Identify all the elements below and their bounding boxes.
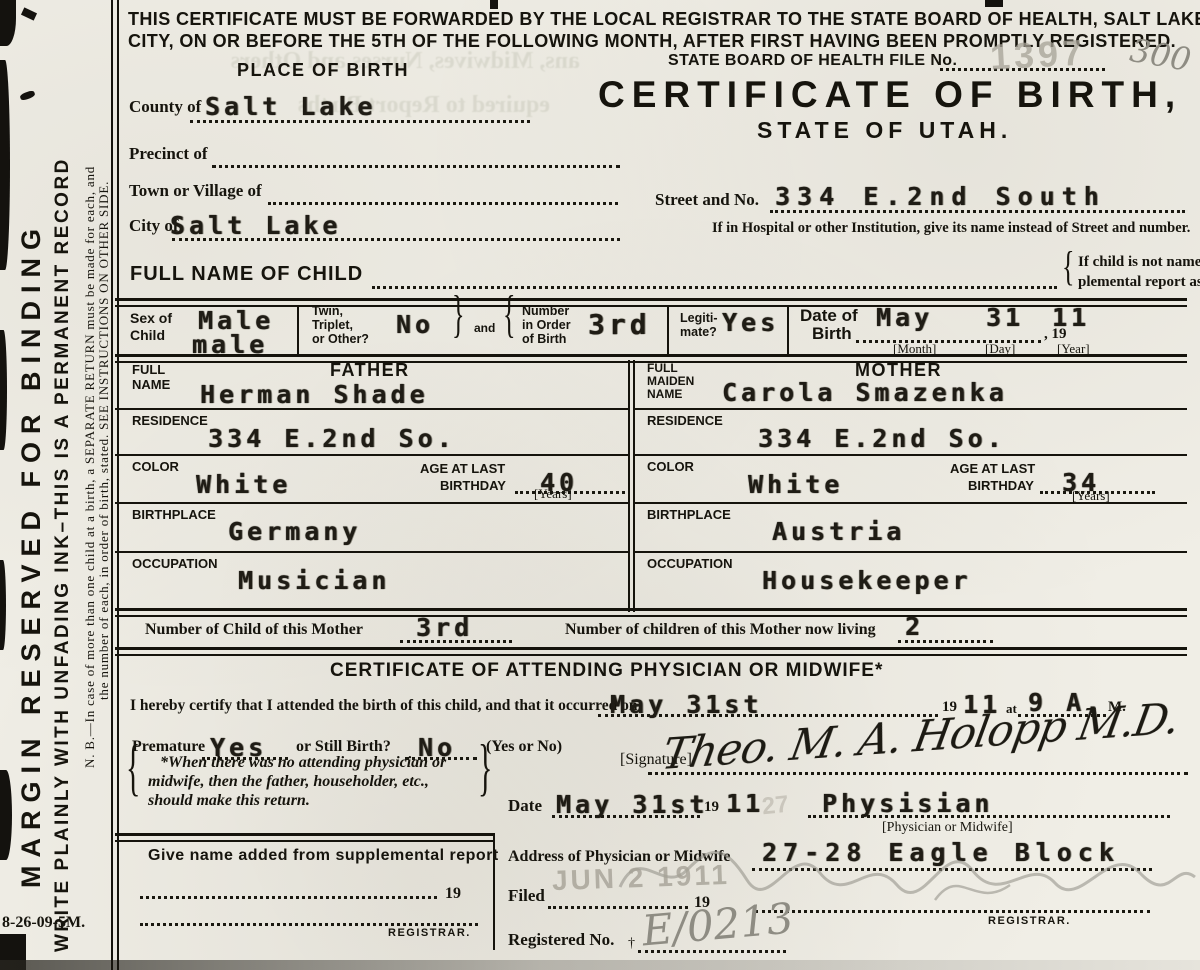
state-subtitle: STATE OF UTAH. <box>757 117 1012 144</box>
date-label: Date <box>508 796 542 816</box>
father-color-label: COLOR <box>132 459 179 474</box>
scan-bottom-shadow <box>0 960 1200 970</box>
sex-label-line1: Sex of <box>130 310 172 326</box>
row-rule <box>633 551 1187 553</box>
father-name-value: Herman Shade <box>200 380 429 409</box>
father-header: FATHER <box>330 360 410 381</box>
dob-year-value: 11 <box>1052 303 1090 332</box>
father-fullname-label2: NAME <box>132 377 170 392</box>
dob-month-value: May <box>876 303 933 332</box>
father-residence-label: RESIDENCE <box>132 413 208 428</box>
section-rule <box>115 608 1187 617</box>
county-value: Salt Lake <box>205 92 376 121</box>
supplemental-19: 19 <box>445 885 461 903</box>
certify-date-value: May 31st <box>610 690 762 719</box>
mother-name-value: Carola Smazenka <box>722 378 1008 407</box>
scan-edge-artifact <box>0 330 7 450</box>
certificate-title: CERTIFICATE OF BIRTH, <box>598 74 1182 116</box>
date-value: May 31st <box>556 790 708 819</box>
file-no-label: STATE BOARD OF HEALTH FILE No. <box>668 52 957 70</box>
order-label-line1: Number <box>522 304 569 318</box>
town-label: Town or Village of <box>129 181 262 201</box>
forwarding-notice-line1: THIS CERTIFICATE MUST BE FORWARDED BY TH… <box>128 9 1200 30</box>
hospital-note: If in Hospital or other Institution, giv… <box>712 220 1190 237</box>
legitimate-label-line1: Legiti- <box>680 311 718 325</box>
return-note-brace-right: } <box>478 733 492 804</box>
note-brace: { <box>1062 243 1074 291</box>
return-note-line3: should make this return. <box>148 792 310 810</box>
mother-birthplace-value: Austria <box>772 517 905 546</box>
unnamed-note-line2: plemental report as directed <box>1078 274 1200 291</box>
father-age-label1: AGE AT LAST <box>420 461 505 476</box>
town-line <box>268 202 618 205</box>
yes-or-no-note: (Yes or No) <box>486 738 562 756</box>
and-brace-left: } <box>452 285 464 345</box>
capacity-value: Physisian <box>822 789 993 818</box>
row-rule <box>115 454 628 456</box>
supplemental-box-top <box>115 833 493 842</box>
mother-residence-label: RESIDENCE <box>647 413 723 428</box>
registered-no-label: Registered No. <box>508 930 614 950</box>
physician-section-title: CERTIFICATE OF ATTENDING PHYSICIAN OR MI… <box>330 660 883 682</box>
mother-residence-value: 334 E.2nd So. <box>758 424 1006 453</box>
return-note-line1: *When there was no attending physician o… <box>160 754 446 772</box>
mother-color-label: COLOR <box>647 459 694 474</box>
registrar-line-right <box>755 910 1150 913</box>
row-rule <box>115 408 628 410</box>
scan-edge-artifact <box>0 560 6 650</box>
and-label: and <box>474 321 495 335</box>
precinct-label: Precinct of <box>129 144 208 164</box>
return-note-brace-left: { <box>126 733 140 804</box>
file-no-stamp: 1397 <box>989 32 1087 79</box>
scan-edge-artifact <box>0 770 12 860</box>
date-year-value: 11 <box>726 789 764 818</box>
child-number-label: Number of Child of this Mother <box>145 621 363 639</box>
order-label-line3: of Birth <box>522 332 566 346</box>
father-occupation-value: Musician <box>238 566 390 595</box>
dob-label-line1: Date of <box>800 306 858 326</box>
cell-divider <box>667 305 669 355</box>
supplemental-line <box>140 896 437 899</box>
row-rule <box>115 502 628 504</box>
father-occupation-label: OCCUPATION <box>132 556 217 571</box>
scan-edge-artifact <box>490 0 498 9</box>
year-bracket: [Year] <box>1057 341 1090 357</box>
father-residence-value: 334 E.2nd So. <box>208 424 456 453</box>
row-rule <box>633 502 1187 504</box>
child-name-line <box>372 286 1057 289</box>
ghost-stamp-27: 27 <box>761 791 790 822</box>
street-value: 334 E.2nd South <box>775 182 1106 211</box>
father-color-value: White <box>196 470 291 499</box>
order-label-line2: in Order <box>522 318 571 332</box>
father-years-bracket: [Years] <box>534 486 572 502</box>
registrar-line-left <box>140 923 478 926</box>
mother-occupation-value: Housekeeper <box>762 566 972 595</box>
day-bracket: [Day] <box>985 341 1015 357</box>
order-value: 3rd <box>588 308 651 341</box>
mother-occupation-label: OCCUPATION <box>647 556 732 571</box>
return-note-line2: midwife, then the father, householder, e… <box>148 773 429 791</box>
scan-edge-artifact <box>985 0 1003 7</box>
unnamed-note-line1: If child is not named, make sup- <box>1078 254 1200 271</box>
section-rule <box>115 647 1187 656</box>
row-rule <box>115 551 628 553</box>
legitimate-value: Yes <box>722 308 779 337</box>
mother-fullname-label1: FULL <box>647 361 678 375</box>
mother-age-label1: AGE AT LAST <box>950 461 1035 476</box>
dob-day-value: 31 <box>986 303 1024 332</box>
registrar-label-left: REGISTRAR. <box>388 927 471 939</box>
twin-value: No <box>396 310 434 339</box>
form-print-code: 8-26-09-5M. <box>2 914 85 932</box>
binding-rule <box>117 0 119 970</box>
living-children-label: Number of children of this Mother now li… <box>565 621 876 639</box>
section-rule <box>115 298 1187 307</box>
mother-fullname-label2: MAIDEN <box>647 374 694 388</box>
sex-value-retype: male <box>192 330 268 359</box>
registered-dagger: † <box>628 936 635 952</box>
legitimate-label-line2: mate? <box>680 325 717 339</box>
cell-divider <box>297 305 299 355</box>
dob-label-line2: Birth <box>812 324 852 344</box>
filed-label: Filed <box>508 886 545 906</box>
parents-divider <box>628 360 630 612</box>
parents-divider <box>633 360 635 612</box>
margin-permanent-record-note: WRITE PLAINLY WITH UNFADING INK–THIS IS … <box>52 157 74 952</box>
father-birthplace-value: Germany <box>228 517 361 546</box>
registrar-label-right: REGISTRAR. <box>988 915 1071 927</box>
row-rule <box>633 454 1187 456</box>
margin-binding-note: MARGIN RESERVED FOR BINDING <box>16 221 47 888</box>
sex-label-line2: Child <box>130 327 165 343</box>
twin-label-line3: or Other? <box>312 332 369 346</box>
mother-fullname-label3: NAME <box>647 387 682 401</box>
cell-divider <box>787 305 789 355</box>
twin-label-line1: Twin, <box>312 304 343 318</box>
certify-text: I hereby certify that I attended the bir… <box>130 697 637 715</box>
child-name-label: FULL NAME OF CHILD <box>130 263 363 286</box>
mother-color-value: White <box>748 470 843 499</box>
child-number-value: 3rd <box>416 613 473 642</box>
twin-label-line2: Triplet, <box>312 318 353 332</box>
county-label: County of <box>129 97 201 117</box>
scan-edge-artifact <box>0 60 10 270</box>
mother-birthplace-label: BIRTHPLACE <box>647 507 731 522</box>
date-19: 19 <box>704 799 719 816</box>
father-birthplace-label: BIRTHPLACE <box>132 507 216 522</box>
and-brace-right: { <box>503 285 515 345</box>
filed-date-stamp: JUN 2 1911 <box>551 859 730 897</box>
living-children-value: 2 <box>905 612 924 641</box>
place-of-birth-heading: PLACE OF BIRTH <box>237 60 409 81</box>
father-age-label2: BIRTHDAY <box>440 478 506 493</box>
month-bracket: [Month] <box>893 341 936 357</box>
mother-age-label2: BIRTHDAY <box>968 478 1034 493</box>
street-label: Street and No. <box>655 190 759 210</box>
city-value: Salt Lake <box>170 211 341 240</box>
supplemental-label: Give name added from supplemental report <box>148 847 499 865</box>
margin-nb-note-line2: the number of each, in order of birth, s… <box>96 181 112 700</box>
father-fullname-label1: FULL <box>132 362 165 377</box>
row-rule <box>633 408 1187 410</box>
precinct-line <box>212 165 620 168</box>
